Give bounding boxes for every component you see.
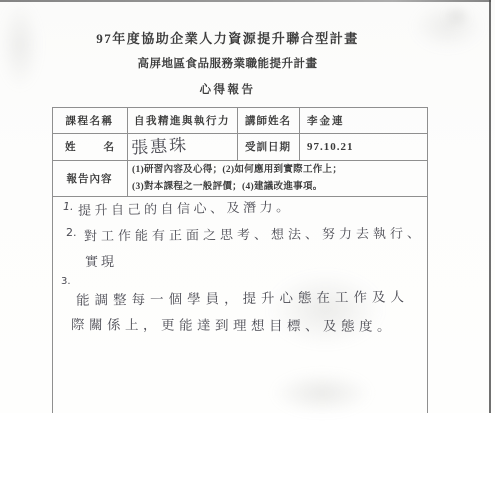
handwritten-item3-line2: 際關係上，更能達到理想目標、及態度。 <box>71 313 395 335</box>
training-date-label: 受訓日期 <box>237 133 299 160</box>
document-title-main: 97年度協助企業人力資源提升聯合型計畫 <box>0 28 455 47</box>
training-date-value: 97.10.21 <box>299 133 427 160</box>
document-title-report: 心得報告 <box>0 81 455 97</box>
scan-edge-right <box>489 0 491 413</box>
scan-smudge <box>446 8 468 24</box>
scan-edge-top <box>0 0 491 2</box>
trainee-name-label-char2: 名 <box>104 139 115 154</box>
report-instructions: (1)研習內容及心得；(2)如何應用到實際工作上； (3)對本課程之一般評價；(… <box>127 160 427 196</box>
scanned-document-page: 97年度協助企業人力資源提升聯合型計畫 高屏地區食品服務業職能提升計畫 心得報告… <box>0 0 495 413</box>
report-content-label: 報告內容 <box>52 160 127 196</box>
table-border-right <box>427 107 428 413</box>
handwritten-item1-text: 提升自己的自信心、及潛力。 <box>78 196 293 219</box>
handwritten-item3-marker: 3. <box>61 276 71 287</box>
instructor-name-value: 李金連 <box>299 107 427 133</box>
handwritten-item2-line2: 實現 <box>85 251 117 270</box>
trainee-name-handwritten: 張惠珠 <box>130 128 231 158</box>
handwritten-item1-marker: 1. <box>63 200 74 213</box>
report-instructions-line2: (3)對本課程之一般評價；(4)建議改進事項。 <box>132 179 427 196</box>
trainee-name-label: 姓 名 <box>52 133 127 160</box>
scan-smudge <box>268 272 383 347</box>
handwritten-item3-line1: 能調整每一個學員，提升心態在工作及人 <box>76 285 409 308</box>
instructor-name-label: 講師姓名 <box>237 107 299 133</box>
trainee-name-label-char1: 姓 <box>65 139 76 154</box>
handwritten-item2-marker: 2. <box>66 226 77 239</box>
course-name-label: 課程名稱 <box>52 107 127 133</box>
handwritten-item2-line1: 對工作能有正面之思考、想法、努力去執行、 <box>84 223 424 245</box>
document-title-sub: 高屏地區食品服務業職能提升計畫 <box>0 55 455 71</box>
scan-smudge <box>272 372 372 414</box>
report-instructions-line1: (1)研習內容及心得；(2)如何應用到實際工作上； <box>132 162 427 179</box>
